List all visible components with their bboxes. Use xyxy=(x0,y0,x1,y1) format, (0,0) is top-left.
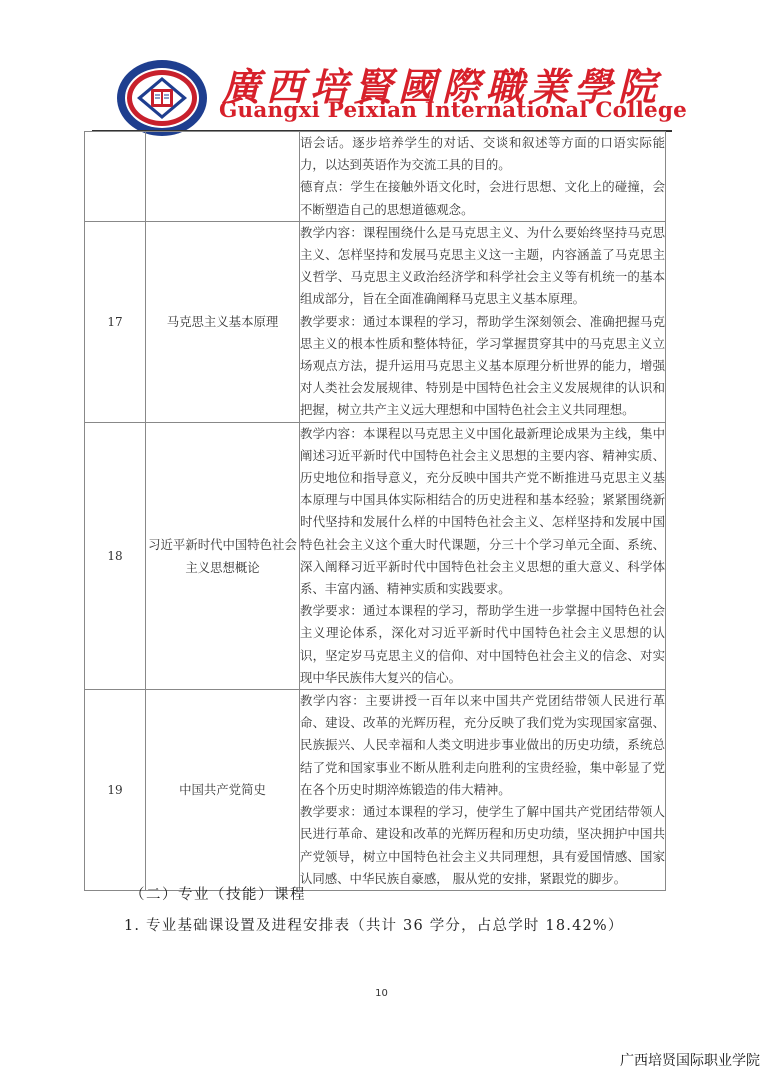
page-number: 10 xyxy=(0,988,763,999)
course-name: 习近平新时代中国特色社会主义思想概论 xyxy=(146,422,300,689)
footer-brand: 广西培贤国际职业学院 xyxy=(620,1050,760,1070)
table-row: 18 习近平新时代中国特色社会主义思想概论 教学内容：本课程以马克思主义中国化最… xyxy=(85,422,666,689)
course-number: 19 xyxy=(85,690,146,891)
course-number: 18 xyxy=(85,422,146,689)
page-header: 廣西培賢國際職業學院 Guangxi Peixian International… xyxy=(0,0,763,132)
course-name: 马克思主义基本原理 xyxy=(146,221,300,422)
description-paragraph: 教学内容：课程围绕什么是马克思主义、为什么要始终坚持马克思主义、怎样坚持和发展马… xyxy=(300,222,665,311)
description-paragraph: 语会话。逐步培养学生的对话、交谈和叙述等方面的口语实际能力，以达到英语作为交流工… xyxy=(300,132,665,176)
course-description: 教学内容：主要讲授一百年以来中国共产党团结带领人民进行革命、建设、改革的光辉历程… xyxy=(300,690,666,891)
description-paragraph: 教学要求：通过本课程的学习，帮助学生深刻领会、准确把握马克思主义的根本性质和整体… xyxy=(300,311,665,422)
course-description: 教学内容：课程围绕什么是马克思主义、为什么要始终坚持马克思主义、怎样坚持和发展马… xyxy=(300,221,666,422)
course-number: 17 xyxy=(85,221,146,422)
description-paragraph: 教学内容：主要讲授一百年以来中国共产党团结带领人民进行革命、建设、改革的光辉历程… xyxy=(300,690,665,801)
sub-heading: 1. 专业基础课设置及进程安排表（共计 36 学分，占总学时 18.42%） xyxy=(124,914,624,935)
section-heading: （二）专业（技能）课程 xyxy=(130,883,306,904)
brand-name-english: Guangxi Peixian International College xyxy=(219,98,687,123)
course-description: 教学内容：本课程以马克思主义中国化最新理论成果为主线，集中阐述习近平新时代中国特… xyxy=(300,422,666,689)
college-logo-icon xyxy=(115,58,209,138)
description-paragraph: 教学内容：本课程以马克思主义中国化最新理论成果为主线，集中阐述习近平新时代中国特… xyxy=(300,423,665,601)
course-name: 中国共产党简史 xyxy=(146,690,300,891)
course-description: 语会话。逐步培养学生的对话、交谈和叙述等方面的口语实际能力，以达到英语作为交流工… xyxy=(300,132,666,222)
table-row: 19 中国共产党简史 教学内容：主要讲授一百年以来中国共产党团结带领人民进行革命… xyxy=(85,690,666,891)
course-name xyxy=(146,132,300,222)
description-paragraph: 德育点：学生在接触外语文化时，会进行思想、文化上的碰撞，会不断塑造自己的思想道德… xyxy=(300,176,665,220)
description-paragraph: 教学要求：通过本课程的学习，帮助学生进一步掌握中国特色社会主义理论体系，深化对习… xyxy=(300,600,665,689)
table-row: 语会话。逐步培养学生的对话、交谈和叙述等方面的口语实际能力，以达到英语作为交流工… xyxy=(85,132,666,222)
course-table: 语会话。逐步培养学生的对话、交谈和叙述等方面的口语实际能力，以达到英语作为交流工… xyxy=(84,131,666,891)
description-paragraph: 教学要求：通过本课程的学习，使学生了解中国共产党团结带领人民进行革命、建设和改革… xyxy=(300,801,665,890)
course-number xyxy=(85,132,146,222)
table-row: 17 马克思主义基本原理 教学内容：课程围绕什么是马克思主义、为什么要始终坚持马… xyxy=(85,221,666,422)
